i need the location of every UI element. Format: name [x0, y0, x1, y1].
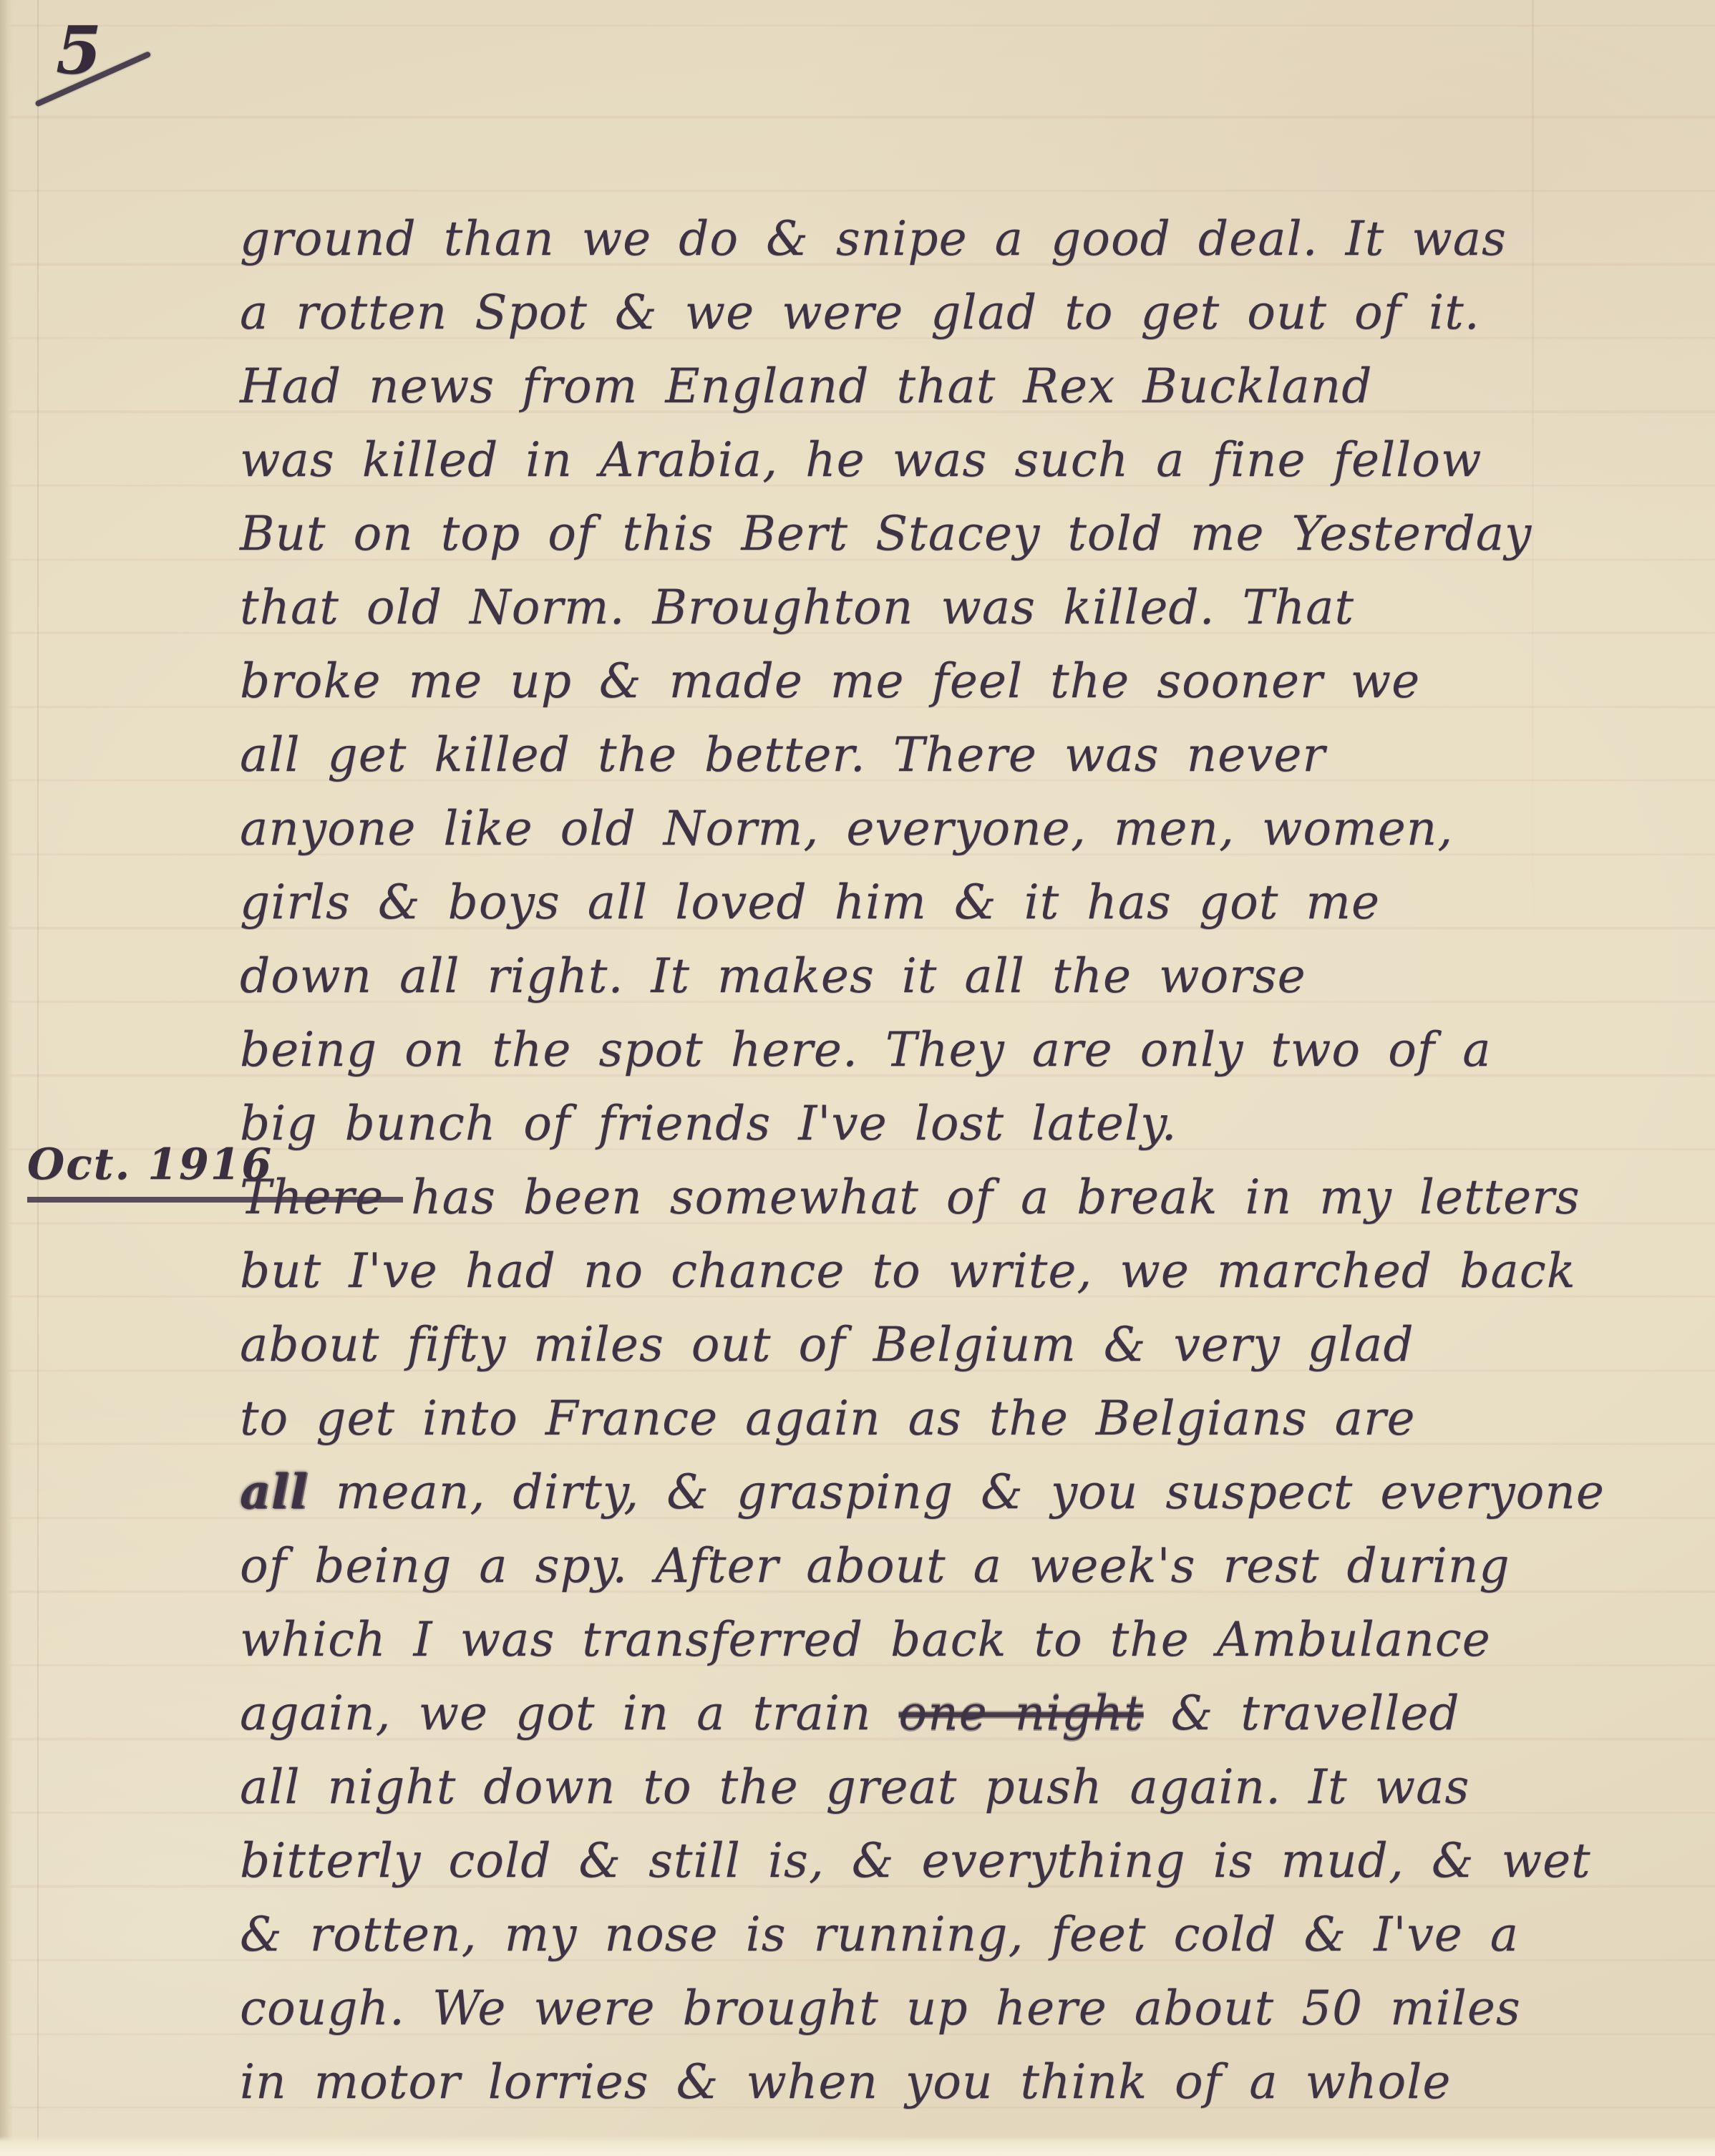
handwritten-line: a rotten Spot & we were glad to get out …	[240, 276, 1707, 349]
handwritten-line: was killed in Arabia, he was such a fine…	[240, 423, 1707, 497]
line-text: was killed in Arabia, he was such a fine…	[240, 432, 1482, 487]
handwritten-line: Had news from England that Rex Buckland	[240, 349, 1707, 423]
line-text: girls & boys all loved him & it has got …	[240, 875, 1380, 930]
line-text: that old Norm. Broughton was killed. Tha…	[240, 580, 1354, 635]
line-text: all get killed the better. There was nev…	[240, 727, 1326, 782]
handwritten-line: cough. We were brought up here about 50 …	[240, 1971, 1707, 2045]
line-text: There has been somewhat of a break in my…	[240, 1170, 1580, 1225]
handwritten-line: in motor lorries & when you think of a w…	[240, 2045, 1707, 2119]
handwriting-text-block: ground than we do & snipe a good deal. I…	[240, 202, 1707, 2119]
line-text: down all right. It makes it all the wors…	[240, 948, 1306, 1004]
line-text: which I was transferred back to the Ambu…	[240, 1612, 1491, 1667]
line-text: to get into France again as the Belgians…	[240, 1391, 1416, 1446]
handwritten-line: anyone like old Norm, everyone, men, wom…	[240, 792, 1707, 865]
page-bottom-edge	[0, 2136, 1715, 2156]
handwritten-line: being on the spot here. They are only tw…	[240, 1013, 1707, 1087]
handwritten-line: down all right. It makes it all the wors…	[240, 939, 1707, 1013]
line-text: big bunch of friends I've lost lately.	[240, 1096, 1177, 1151]
line-text: Had news from England that Rex Buckland	[240, 359, 1372, 414]
handwritten-line: to get into France again as the Belgians…	[240, 1382, 1707, 1455]
handwritten-line: of being a spy. After about a week's res…	[240, 1529, 1707, 1603]
handwritten-line: bitterly cold & still is, & everything i…	[240, 1824, 1707, 1898]
line-text: anyone like old Norm, everyone, men, wom…	[240, 801, 1453, 856]
line-text: mean, dirty, & grasping & you suspect ev…	[308, 1465, 1605, 1520]
handwritten-line: all get killed the better. There was nev…	[240, 718, 1707, 792]
line-text: cough. We were brought up here about 50 …	[240, 1981, 1521, 2036]
handwritten-line: which I was transferred back to the Ambu…	[240, 1603, 1707, 1676]
line-text: again, we got in a train	[240, 1686, 898, 1741]
line-text: all night down to the great push again. …	[240, 1759, 1469, 1815]
handwritten-line: broke me up & made me feel the sooner we	[240, 644, 1707, 718]
line-text: all	[240, 1464, 308, 1520]
handwritten-line: But on top of this Bert Stacey told me Y…	[240, 497, 1707, 570]
line-text: But on top of this Bert Stacey told me Y…	[240, 506, 1532, 561]
line-text: a rotten Spot & we were glad to get out …	[240, 285, 1480, 340]
line-text: about fifty miles out of Belgium & very …	[240, 1317, 1414, 1372]
line-text: broke me up & made me feel the sooner we	[240, 654, 1420, 709]
handwritten-line: big bunch of friends I've lost lately.	[240, 1087, 1707, 1160]
line-text: & rotten, my nose is running, feet cold …	[240, 1907, 1519, 1962]
handwritten-line: again, we got in a train one night & tra…	[240, 1676, 1707, 1750]
handwritten-line: but I've had no chance to write, we marc…	[240, 1234, 1707, 1308]
handwritten-line: all night down to the great push again. …	[240, 1750, 1707, 1824]
handwritten-line: about fifty miles out of Belgium & very …	[240, 1308, 1707, 1382]
struck-out-words: one night	[898, 1686, 1143, 1741]
line-text: ground than we do & snipe a good deal. I…	[240, 211, 1507, 266]
handwritten-line: There has been somewhat of a break in my…	[240, 1160, 1707, 1234]
handwritten-line: ground than we do & snipe a good deal. I…	[240, 202, 1707, 276]
page-left-margin-line	[37, 0, 39, 2156]
line-text: in motor lorries & when you think of a w…	[240, 2054, 1451, 2109]
handwritten-line: & rotten, my nose is running, feet cold …	[240, 1898, 1707, 1971]
diary-page: 5 Oct. 1916 ground than we do & snipe a …	[0, 0, 1715, 2156]
line-text: but I've had no chance to write, we marc…	[240, 1243, 1576, 1298]
line-text: bitterly cold & still is, & everything i…	[240, 1833, 1591, 1888]
page-left-edge	[0, 0, 13, 2156]
line-text: being on the spot here. They are only tw…	[240, 1022, 1492, 1077]
handwritten-line: all mean, dirty, & grasping & you suspec…	[240, 1455, 1707, 1529]
line-text: & travelled	[1144, 1686, 1460, 1741]
handwritten-line: girls & boys all loved him & it has got …	[240, 865, 1707, 939]
line-text: of being a spy. After about a week's res…	[240, 1538, 1510, 1593]
handwritten-line: that old Norm. Broughton was killed. Tha…	[240, 570, 1707, 644]
